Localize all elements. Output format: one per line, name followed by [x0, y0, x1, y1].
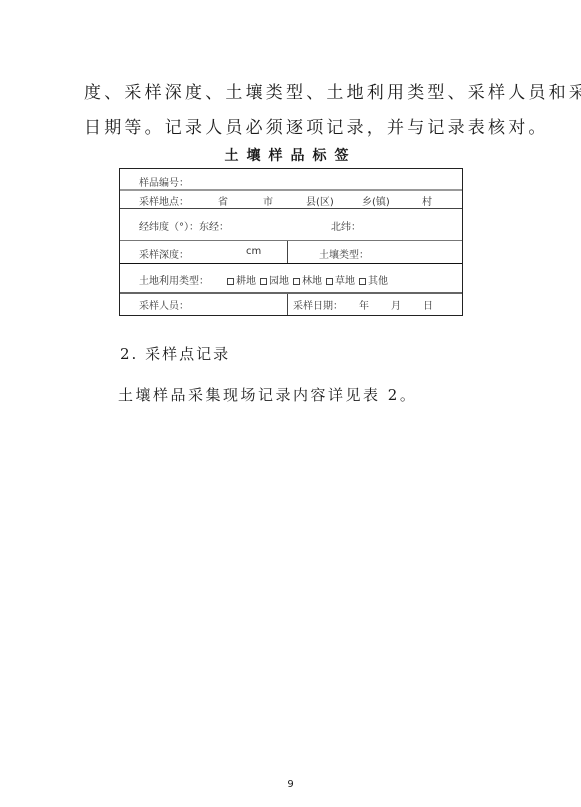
- land-use-option-cultivated[interactable]: 耕地: [227, 272, 256, 287]
- land-use-option-other[interactable]: 其他: [359, 272, 388, 287]
- date-label: 采样日期：: [293, 297, 343, 312]
- soil-type-label: 土壤类型：: [319, 246, 369, 261]
- city-label: 市: [263, 193, 273, 208]
- row-sampler-date: 采样人员： 采样日期： 年 月 日: [120, 294, 462, 315]
- page-number: 9: [0, 779, 581, 790]
- section-body: 土壤样品采集现场记录内容详见表 2。: [118, 384, 417, 405]
- longitude-label: 经纬度（°）：东经：: [139, 218, 229, 233]
- row-depth-soiltype: 采样深度： cm 土壤类型：: [120, 241, 462, 264]
- township-label: 乡(镇): [362, 193, 390, 208]
- checkbox-icon[interactable]: [359, 278, 366, 285]
- soil-sample-label-table: 样品编号： 采样地点： 省 市 县(区) 乡(镇) 村 经纬度（°）：东经： 北…: [119, 168, 463, 316]
- date-month: 月: [391, 297, 401, 312]
- date-day: 日: [423, 297, 433, 312]
- sample-id-label: 样品编号：: [139, 174, 189, 189]
- checkbox-icon[interactable]: [227, 278, 234, 285]
- latitude-label: 北纬：: [331, 218, 361, 233]
- sampler-label: 采样人员：: [139, 297, 189, 312]
- land-use-option-grassland[interactable]: 草地: [326, 272, 355, 287]
- land-use-label: 土地利用类型：: [139, 272, 209, 287]
- column-divider: [287, 241, 288, 263]
- row-land-use: 土地利用类型： 耕地 园地 林地 草地 其他: [120, 264, 462, 294]
- table-caption: 土壤样品标签: [0, 145, 581, 165]
- paragraph-line-2: 日期等。记录人员必须逐项记录，并与记录表核对。: [84, 113, 549, 138]
- column-divider: [287, 294, 288, 315]
- row-location: 采样地点： 省 市 县(区) 乡(镇) 村: [120, 191, 462, 209]
- checkbox-icon[interactable]: [326, 278, 333, 285]
- section-heading: 2. 采样点记录: [120, 343, 230, 364]
- row-sample-id: 样品编号：: [120, 169, 462, 191]
- checkbox-icon[interactable]: [260, 278, 267, 285]
- checkbox-icon[interactable]: [293, 278, 300, 285]
- location-label: 采样地点：: [139, 193, 189, 208]
- land-use-option-garden[interactable]: 园地: [260, 272, 289, 287]
- land-use-option-forest[interactable]: 林地: [293, 272, 322, 287]
- depth-label: 采样深度：: [139, 246, 189, 261]
- paragraph-line-1: 度、采样深度、土壤类型、土地利用类型、采样人员和采样: [84, 78, 581, 103]
- depth-unit: cm: [246, 246, 261, 257]
- province-label: 省: [218, 193, 228, 208]
- row-coordinates: 经纬度（°）：东经： 北纬：: [120, 209, 462, 241]
- date-year: 年: [359, 297, 369, 312]
- county-label: 县(区): [306, 193, 334, 208]
- village-label: 村: [422, 193, 432, 208]
